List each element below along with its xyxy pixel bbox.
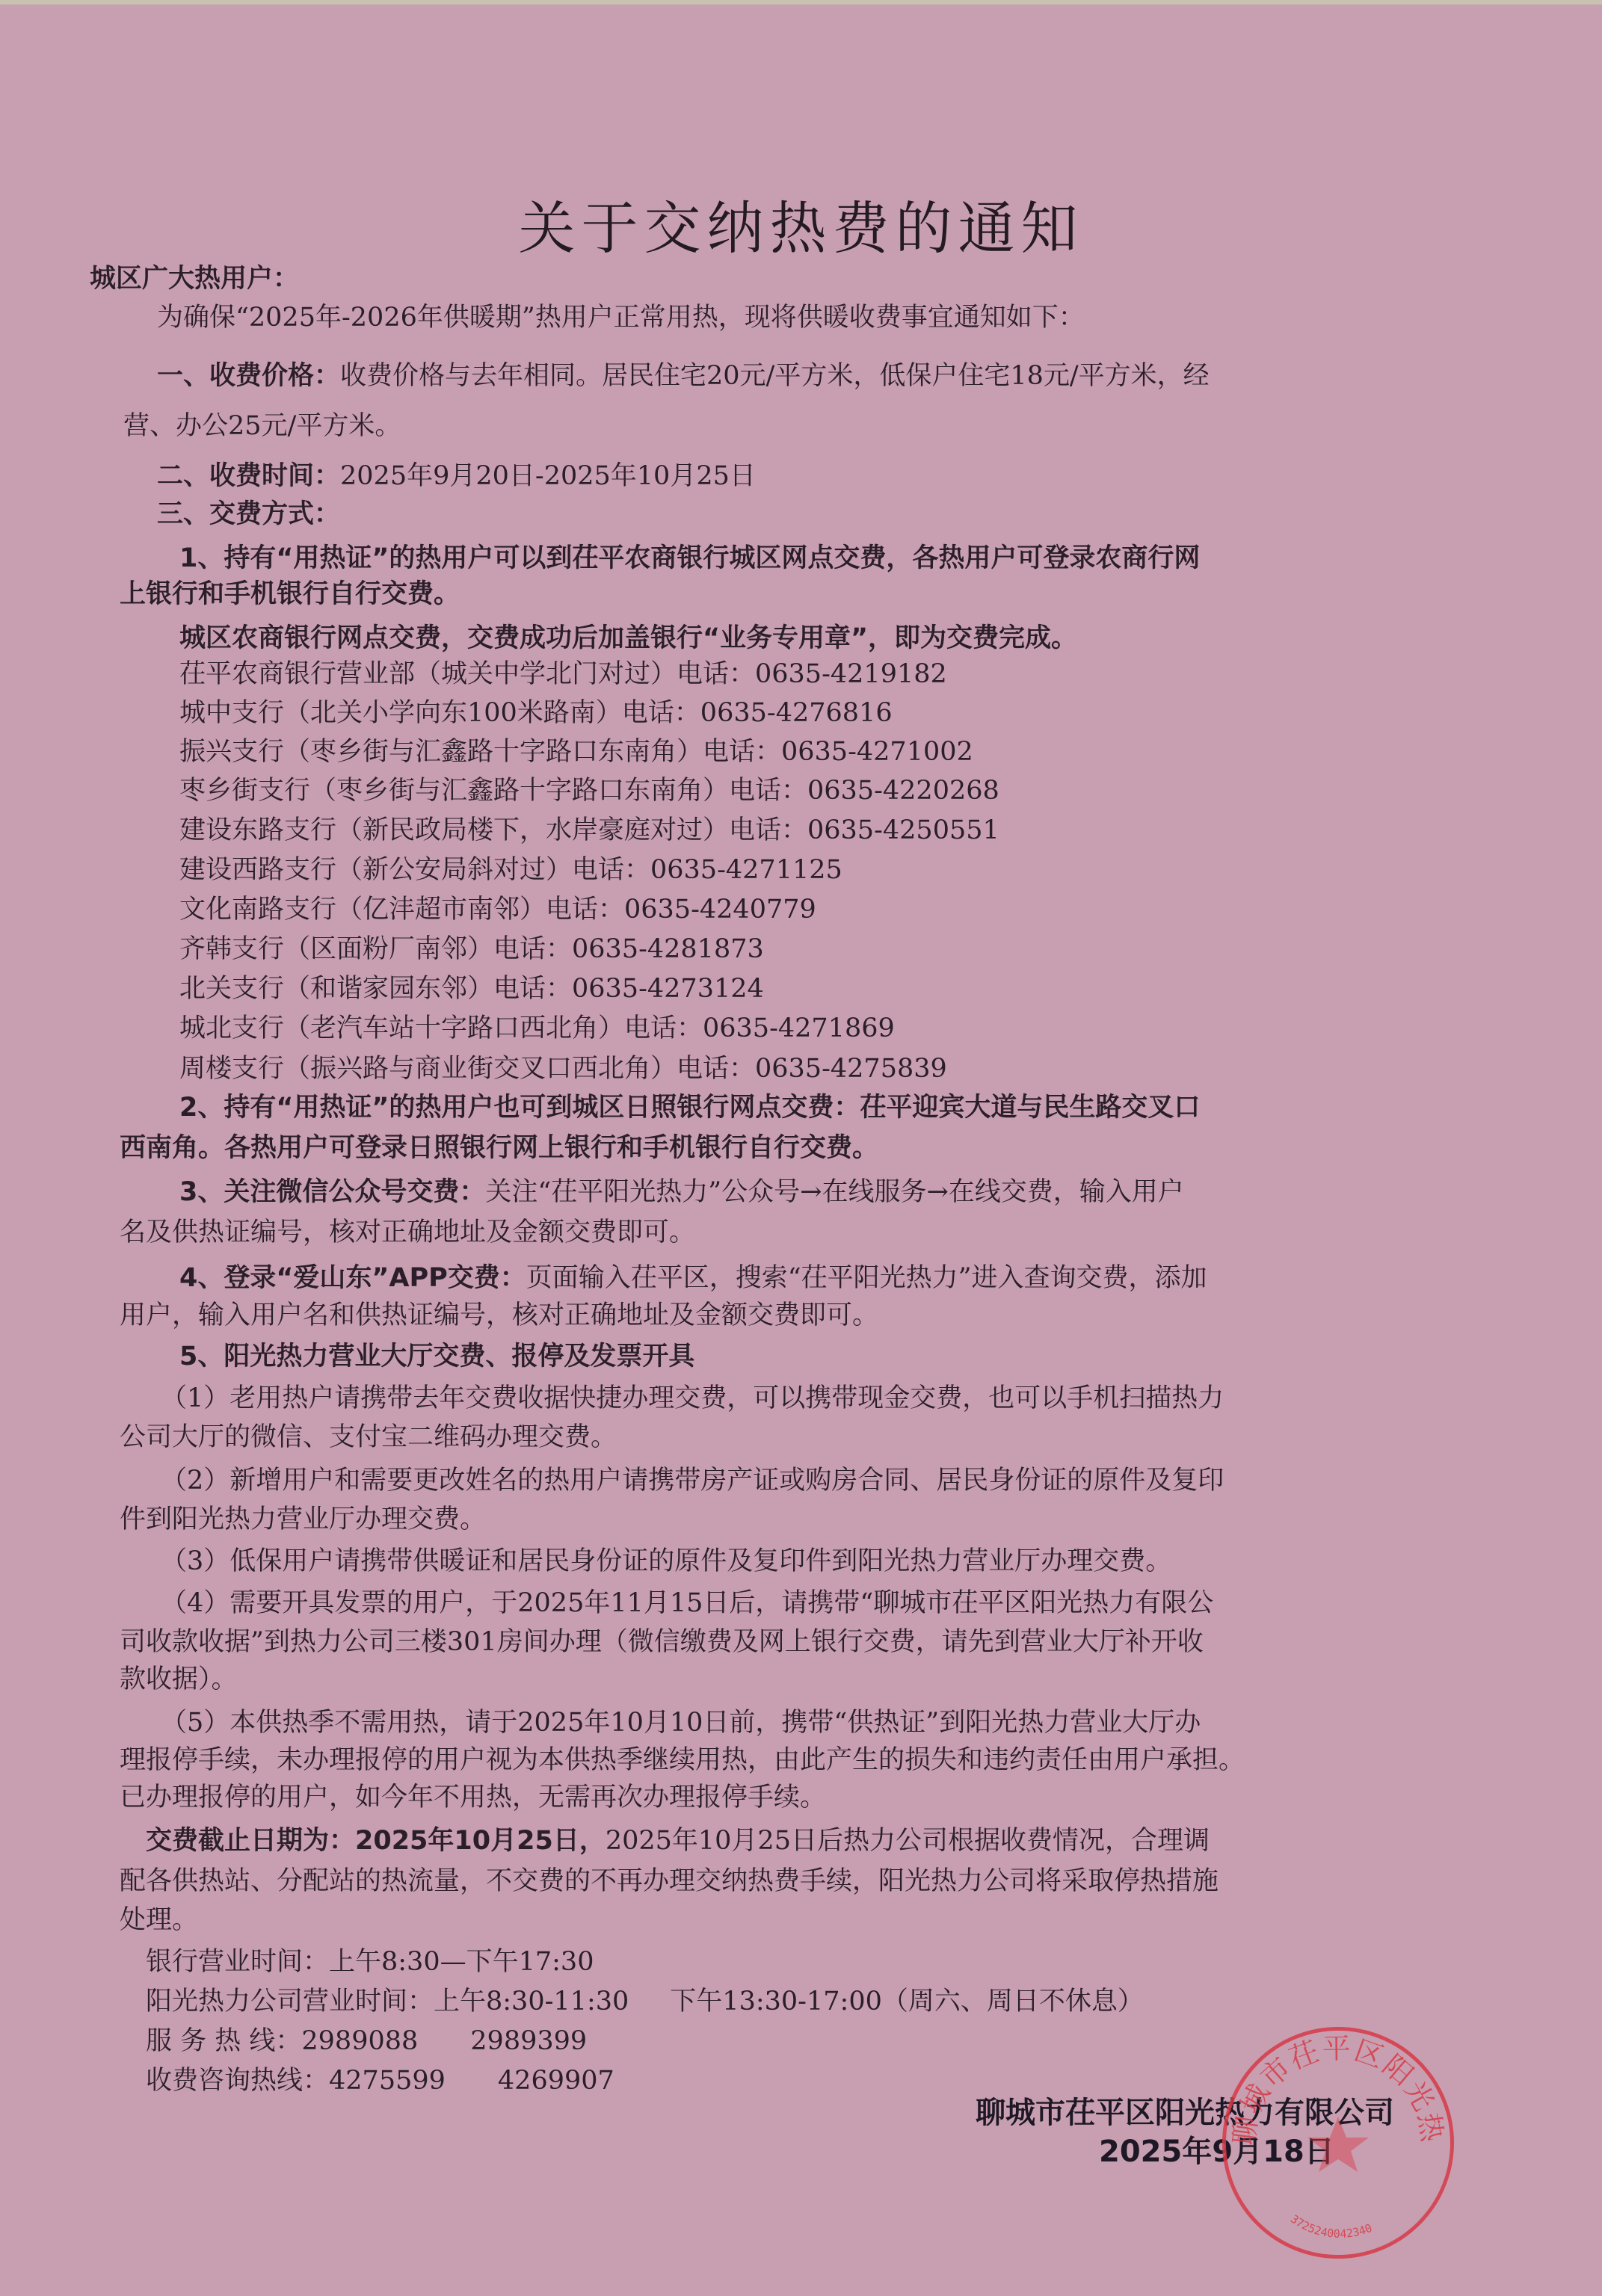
- section-time-text: 2025年9月20日-2025年10月25日: [340, 461, 756, 491]
- item5-sub2-line1: （2）新增用户和需要更改姓名的热用户请携带房产证或购房合同、居民身份证的原件及复…: [161, 1462, 1224, 1499]
- item5-sub1-line2: 公司大厅的微信、支付宝二维码办理交费。: [120, 1419, 617, 1456]
- company-hours: 阳光热力公司营业时间：上午8:30-11:30下午13:30-17:00（周六、…: [146, 1983, 1144, 2020]
- branch-item: 振兴支行（枣乡街与汇鑫路十字路口东南角）电话：0635-4271002: [179, 733, 973, 771]
- item5-heading: 5、阳光热力营业大厅交费、报停及发票开具: [179, 1338, 694, 1375]
- item2-line1: 2、持有“用热证”的热用户也可到城区日照银行网点交费：茌平迎宾大道与民生路交叉口: [179, 1089, 1200, 1126]
- service-hotline: 服 务 热 线：29890882989399: [146, 2022, 587, 2060]
- deadline-line2: 配各供热站、分配站的热流量，不交费的不再办理交纳热费手续，阳光热力公司将采取停热…: [120, 1863, 1219, 1900]
- section-time-heading: 二、收费时间：: [157, 461, 340, 491]
- item5-sub2-line2: 件到阳光热力营业厅办理交费。: [120, 1501, 486, 1538]
- branch-item: 城北支行（老汽车站十字路口西北角）电话：0635-4271869: [179, 1010, 895, 1047]
- svg-text:3725240042340: 3725240042340: [1288, 2212, 1374, 2241]
- item5-sub1-line1: （1）老用热户请携带去年交费收据快捷办理交费，可以携带现金交费，也可以手机扫描热…: [161, 1380, 1224, 1417]
- branch-item: 北关支行（和谐家园东邻）电话：0635-4273124: [179, 970, 764, 1007]
- section-price-heading: 一、收费价格：: [157, 361, 340, 391]
- item1-line2: 上银行和手机银行自行交费。: [120, 575, 460, 613]
- item4-line1: 4、登录“爱山东”APP交费：页面输入茌平区，搜索“茌平阳光热力”进入查询交费，…: [179, 1259, 1207, 1297]
- branch-item: 周楼支行（振兴路与商业街交叉口西北角）电话：0635-4275839: [179, 1050, 947, 1087]
- service-hotline-1: 2989088: [301, 2026, 418, 2056]
- company-seal: 聊城市茌平区阳光热力有限公司 3725240042340: [1222, 2027, 1454, 2259]
- item4-heading: 4、登录“爱山东”APP交费：: [179, 1263, 526, 1293]
- salutation: 城区广大热用户：: [90, 260, 299, 297]
- service-hotline-2: 2989399: [470, 2026, 587, 2056]
- item1-line1: 1、持有“用热证”的热用户可以到茌平农商银行城区网点交费，各热用户可登录农商行网: [179, 540, 1200, 577]
- billing-hotline-label: 收费咨询热线：: [146, 2066, 329, 2096]
- deadline-line1: 交费截止日期为：2025年10月25日，2025年10月25日后热力公司根据收费…: [146, 1822, 1210, 1860]
- billing-hotline: 收费咨询热线：42755994269907: [146, 2062, 614, 2099]
- billing-hotline-2: 4269907: [498, 2066, 614, 2096]
- item3-line2: 名及供热证编号，核对正确地址及金额交费即可。: [120, 1214, 695, 1251]
- item5-sub4-line2: 司收款收据”到热力公司三楼301房间办理（微信缴费及网上银行交费，请先到营业大厅…: [120, 1623, 1204, 1661]
- service-hotline-label: 服 务 热 线：: [146, 2026, 301, 2056]
- section-price: 一、收费价格：收费价格与去年相同。居民住宅20元/平方米，低保户住宅18元/平方…: [157, 357, 1210, 395]
- section-time: 二、收费时间：2025年9月20日-2025年10月25日: [157, 457, 756, 495]
- notice-document: 关于交纳热费的通知 城区广大热用户： 为确保“2025年-2026年供暖期”热用…: [0, 0, 1602, 2296]
- deadline-heading: 交费截止日期为：2025年10月25日，: [146, 1826, 606, 1856]
- branch-item: 齐韩支行（区面粉厂南邻）电话：0635-4281873: [179, 931, 764, 968]
- section-payment-heading: 三、交费方式：: [157, 496, 340, 533]
- intro-text: 为确保“2025年-2026年供暖期”热用户正常用热，现将供暖收费事宜通知如下：: [157, 299, 1085, 336]
- item3-heading: 3、关注微信公众号交费：: [179, 1177, 485, 1207]
- seal-star-icon: 聊城市茌平区阳光热力有限公司 3725240042340: [1222, 2027, 1454, 2259]
- section-price-line1: 收费价格与去年相同。居民住宅20元/平方米，低保户住宅18元/平方米，经: [340, 361, 1210, 391]
- billing-hotline-1: 4275599: [329, 2066, 446, 2096]
- item5-sub4-line1: （4）需要开具发票的用户，于2025年11月15日后，请携带“聊城市茌平区阳光热…: [161, 1584, 1213, 1622]
- item4-line2: 用户，输入用户名和供热证编号，核对正确地址及金额交费即可。: [120, 1297, 878, 1334]
- company-hours-am: 阳光热力公司营业时间：上午8:30-11:30: [146, 1987, 629, 2016]
- item5-sub3-line1: （3）低保用户请携带供暖证和居民身份证的原件及复印件到阳光热力营业厅办理交费。: [161, 1543, 1171, 1580]
- branch-item: 枣乡街支行（枣乡街与汇鑫路十字路口东南角）电话：0635-4220268: [179, 772, 999, 809]
- item3-line1: 3、关注微信公众号交费：关注“茌平阳光热力”公众号→在线服务→在线交费，输入用户: [179, 1173, 1184, 1211]
- item5-sub5-line3: 已办理报停的用户，如今年不用热，无需再次办理报停手续。: [120, 1779, 826, 1816]
- branch-item: 文化南路支行（亿沣超市南邻）电话：0635-4240779: [179, 891, 816, 928]
- section-price-line2: 营、办公25元/平方米。: [123, 407, 401, 445]
- branch-item: 建设东路支行（新民政局楼下，水岸豪庭对过）电话：0635-4250551: [179, 812, 999, 849]
- item3-text: 关注“茌平阳光热力”公众号→在线服务→在线交费，输入用户: [485, 1177, 1183, 1207]
- item2-line2: 西南角。各热用户可登录日照银行网上银行和手机银行自行交费。: [120, 1129, 878, 1167]
- document-title: 关于交纳热费的通知: [0, 183, 1602, 265]
- branch-item: 建设西路支行（新公安局斜对过）电话：0635-4271125: [179, 851, 842, 889]
- branch-item: 茌平农商银行营业部（城关中学北门对过）电话：0635-4219182: [179, 655, 947, 693]
- deadline-text: 2025年10月25日后热力公司根据收费情况，合理调: [606, 1826, 1210, 1856]
- item5-sub5-line1: （5）本供热季不需用热，请于2025年10月10日前，携带“供热证”到阳光热力营…: [161, 1704, 1201, 1741]
- deadline-line3: 处理。: [120, 1901, 198, 1939]
- item5-sub4-line3: 款收据）。: [120, 1661, 238, 1698]
- item5-sub5-line2: 理报停手续，未办理报停的用户视为本供热季继续用热，由此产生的损失和违约责任由用户…: [120, 1741, 1245, 1779]
- branch-item: 城中支行（北关小学向东100米路南）电话：0635-4276816: [179, 694, 893, 732]
- company-hours-pm: 下午13:30-17:00（周六、周日不休息）: [670, 1987, 1144, 2016]
- bank-hours: 银行营业时间：上午8:30—下午17:30: [146, 1943, 594, 1981]
- item1-line3: 城区农商银行网点交费，交费成功后加盖银行“业务专用章”，即为交费完成。: [179, 620, 1077, 657]
- item4-text: 页面输入茌平区，搜索“茌平阳光热力”进入查询交费，添加: [526, 1263, 1207, 1293]
